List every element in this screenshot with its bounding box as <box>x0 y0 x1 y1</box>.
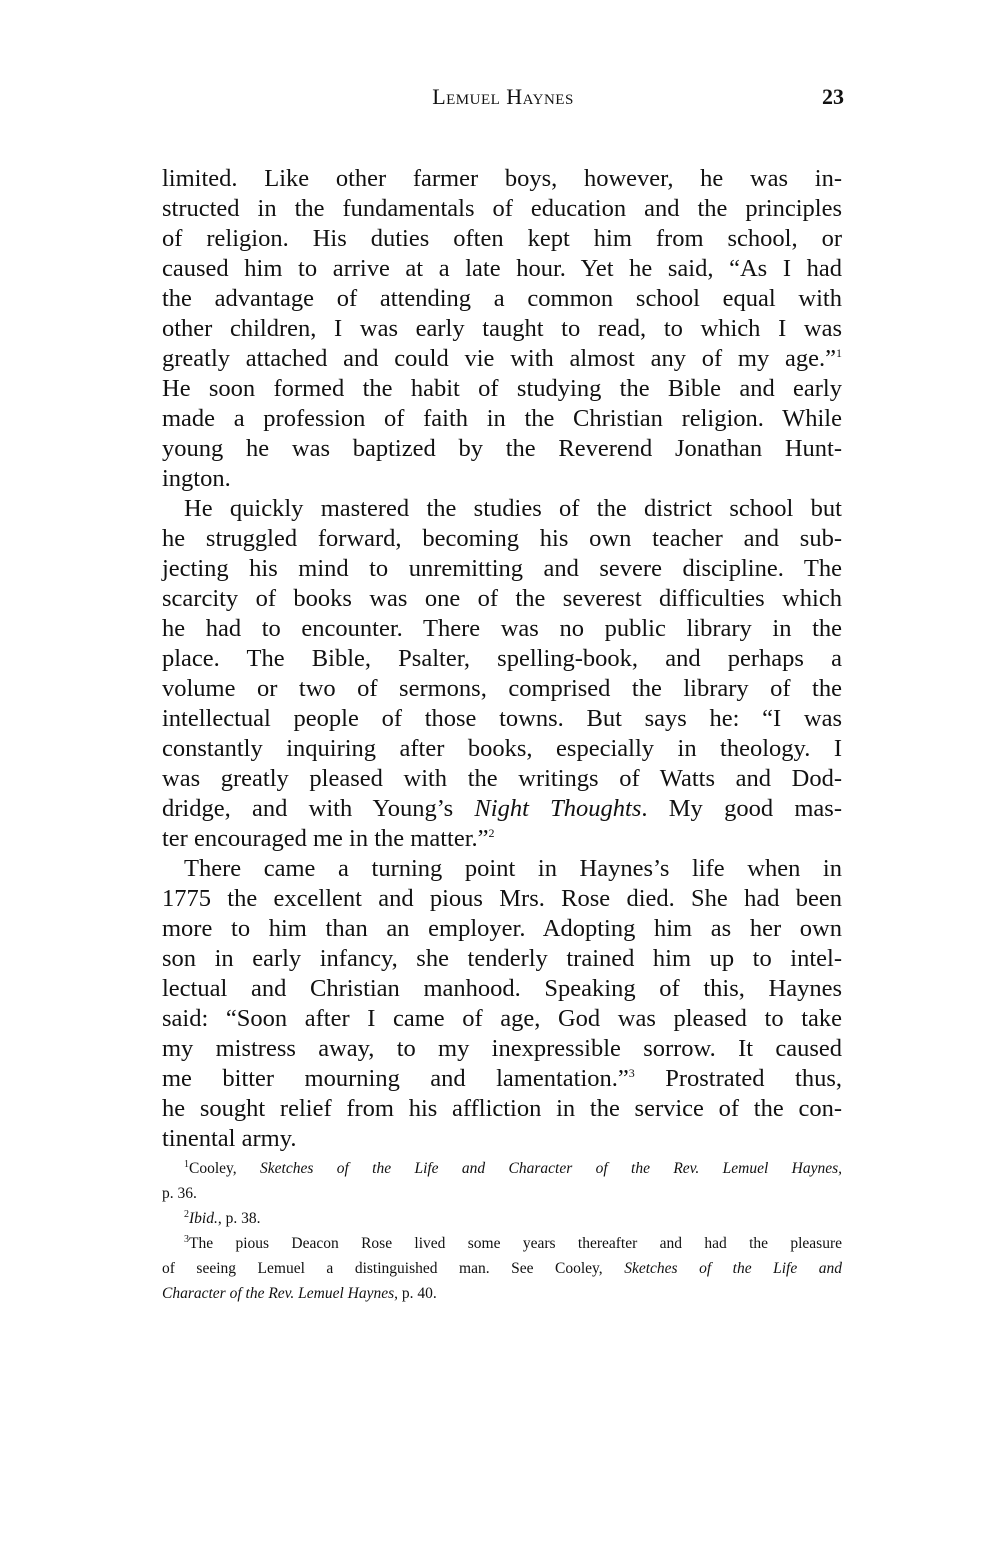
footnote-line: 2Ibid., p. 38. <box>162 1206 842 1231</box>
book-title-night-thoughts: Night Thoughts <box>474 795 641 822</box>
text-line: was greatly pleased with the writings of… <box>162 764 842 794</box>
text-line: me bitter mourning and lamentation.”3 Pr… <box>162 1064 842 1094</box>
footnote-3: 3The pious Deacon Rose lived some years … <box>162 1231 842 1306</box>
text-line: ington. <box>162 464 842 494</box>
footnote-line: Character of the Rev. Lemuel Haynes, p. … <box>162 1281 842 1306</box>
text-line: son in early infancy, she tenderly train… <box>162 944 842 974</box>
footnote-line: p. 36. <box>162 1181 842 1206</box>
text-line: made a profession of faith in the Christ… <box>162 404 842 434</box>
text-line: my mistress away, to my inexpressible so… <box>162 1034 842 1064</box>
text-line: There came a turning point in Haynes’s l… <box>162 854 842 884</box>
paragraph-1: limited. Like other farmer boys, however… <box>162 164 842 494</box>
text-line: dridge, and with Young’s Night Thoughts.… <box>162 794 842 824</box>
text-line: greatly attached and could vie with almo… <box>162 344 842 374</box>
text-line: He quickly mastered the studies of the d… <box>162 494 842 524</box>
text-line: other children, I was early taught to re… <box>162 314 842 344</box>
text-line: he had to encounter. There was no public… <box>162 614 842 644</box>
text-line: tinental army. <box>162 1124 842 1154</box>
text-line: he sought relief from his affliction in … <box>162 1094 842 1124</box>
paragraph-3: There came a turning point in Haynes’s l… <box>162 854 842 1154</box>
text-line: young he was baptized by the Reverend Jo… <box>162 434 842 464</box>
text-line: volume or two of sermons, comprised the … <box>162 674 842 704</box>
running-head: Lemuel Haynes 23 <box>162 84 844 114</box>
footnote-ref-2[interactable]: 2 <box>489 826 495 840</box>
text-line: more to him than an employer. Adopting h… <box>162 914 842 944</box>
paragraph-2: He quickly mastered the studies of the d… <box>162 494 842 854</box>
text-line: ter encouraged me in the matter.”2 <box>162 824 842 854</box>
text-line: jecting his mind to unremitting and seve… <box>162 554 842 584</box>
text-line: He soon formed the habit of studying the… <box>162 374 842 404</box>
text-line: caused him to arrive at a late hour. Yet… <box>162 254 842 284</box>
text-line: limited. Like other farmer boys, however… <box>162 164 842 194</box>
footnote-line: 3The pious Deacon Rose lived some years … <box>162 1231 842 1256</box>
text-line: said: “Soon after I came of age, God was… <box>162 1004 842 1034</box>
text-line: constantly inquiring after books, especi… <box>162 734 842 764</box>
footnote-ref-1[interactable]: 1 <box>836 346 842 360</box>
text-line: place. The Bible, Psalter, spelling-book… <box>162 644 842 674</box>
footnotes: 1Cooley, Sketches of the Life and Charac… <box>162 1156 842 1306</box>
footnote-line: of seeing Lemuel a distinguished man. Se… <box>162 1256 842 1281</box>
text-line: 1775 the excellent and pious Mrs. Rose d… <box>162 884 842 914</box>
text-line: the advantage of attending a common scho… <box>162 284 842 314</box>
body-text: limited. Like other farmer boys, however… <box>162 164 842 1154</box>
text-line: structed in the fundamentals of educatio… <box>162 194 842 224</box>
text-line: lectual and Christian manhood. Speaking … <box>162 974 842 1004</box>
page-number: 23 <box>822 84 844 110</box>
text-line: he struggled forward, becoming his own t… <box>162 524 842 554</box>
text-line: scarcity of books was one of the severes… <box>162 584 842 614</box>
footnote-line: 1Cooley, Sketches of the Life and Charac… <box>162 1156 842 1181</box>
text-line: intellectual people of those towns. But … <box>162 704 842 734</box>
running-title: Lemuel Haynes <box>162 84 844 110</box>
footnote-2: 2Ibid., p. 38. <box>162 1206 842 1231</box>
book-page: Lemuel Haynes 23 limited. Like other far… <box>0 0 1000 1551</box>
footnote-1: 1Cooley, Sketches of the Life and Charac… <box>162 1156 842 1206</box>
text-line: of religion. His duties often kept him f… <box>162 224 842 254</box>
